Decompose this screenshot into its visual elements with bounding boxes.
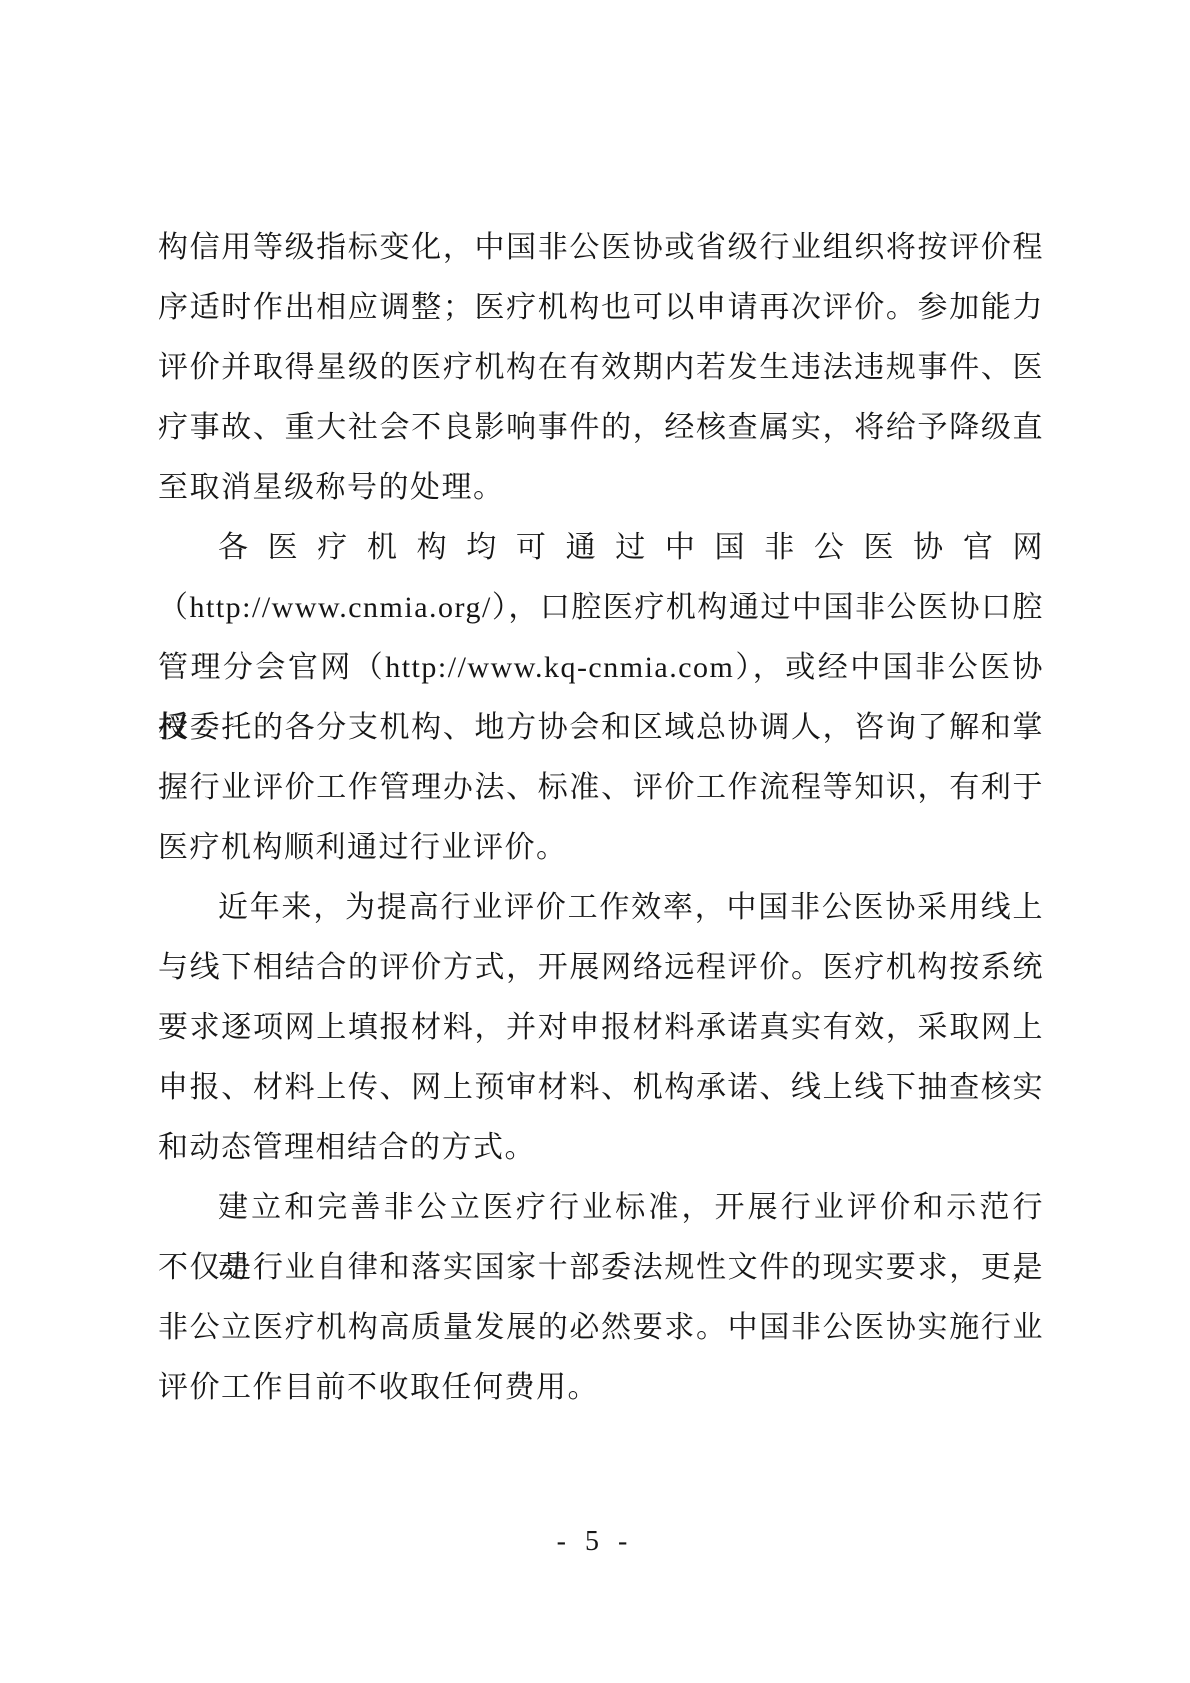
text-line: 不仅是行业自律和落实国家十部委法规性文件的现实要求，更是 — [158, 1238, 1044, 1298]
document-body: 构信用等级指标变化，中国非公医协或省级行业组织将按评价程序适时作出相应调整；医疗… — [158, 218, 1044, 1418]
text-line: （http://www.cnmia.org/），口腔医疗机构通过中国非公医协口腔 — [158, 578, 1044, 638]
text-line: 申报、材料上传、网上预审材料、机构承诺、线上线下抽查核实 — [158, 1058, 1044, 1118]
document-page: 构信用等级指标变化，中国非公医协或省级行业组织将按评价程序适时作出相应调整；医疗… — [0, 0, 1190, 1683]
text-line: 评价工作目前不收取任何费用。 — [158, 1358, 1044, 1418]
text-line: 非公立医疗机构高质量发展的必然要求。中国非公医协实施行业 — [158, 1298, 1044, 1358]
text-line: 序适时作出相应调整；医疗机构也可以申请再次评价。参加能力 — [158, 278, 1044, 338]
text-line: 与线下相结合的评价方式，开展网络远程评价。医疗机构按系统 — [158, 938, 1044, 998]
text-line: 近年来，为提高行业评价工作效率，中国非公医协采用线上 — [158, 878, 1044, 938]
text-line: 各医疗机构均可通过中国非公医协官网 — [158, 518, 1044, 578]
text-line: 建立和完善非公立医疗行业标准，开展行业评价和示范行动， — [158, 1178, 1044, 1238]
text-line: 评价并取得星级的医疗机构在有效期内若发生违法违规事件、医 — [158, 338, 1044, 398]
text-line: 构信用等级指标变化，中国非公医协或省级行业组织将按评价程 — [158, 218, 1044, 278]
text-line: 管理分会官网（http://www.kq-cnmia.com），或经中国非公医协… — [158, 638, 1044, 698]
text-line: 医疗机构顺利通过行业评价。 — [158, 818, 1044, 878]
text-line: 疗事故、重大社会不良影响事件的，经核查属实，将给予降级直 — [158, 398, 1044, 458]
text-line: 要求逐项网上填报材料，并对申报材料承诺真实有效，采取网上 — [158, 998, 1044, 1058]
text-line: 至取消星级称号的处理。 — [158, 458, 1044, 518]
text-line: 握行业评价工作管理办法、标准、评价工作流程等知识，有利于 — [158, 758, 1044, 818]
text-line: 和动态管理相结合的方式。 — [158, 1118, 1044, 1178]
text-line: 权委托的各分支机构、地方协会和区域总协调人，咨询了解和掌 — [158, 698, 1044, 758]
page-number: - 5 - — [0, 1527, 1190, 1557]
